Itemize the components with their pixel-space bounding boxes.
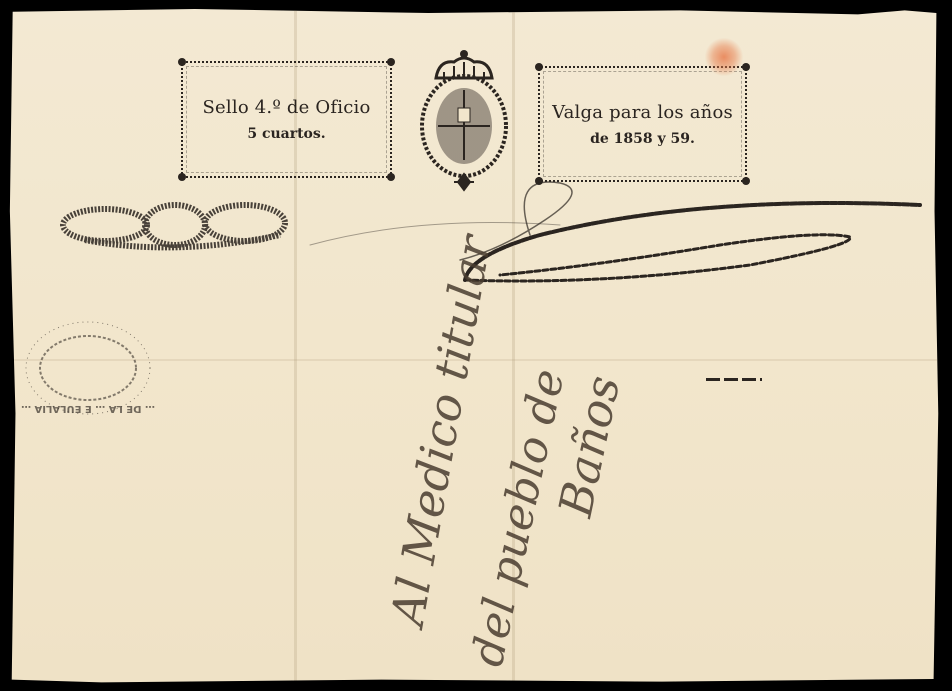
corner-ornament-icon	[178, 173, 186, 181]
red-wax-stain	[704, 38, 744, 76]
postmark-text: … DE LA … E EULALIA …	[21, 403, 155, 414]
stamp-title: Sello 4.º de Oficio	[203, 97, 371, 118]
ink-dash-mark	[706, 378, 762, 381]
corner-ornament-icon	[535, 63, 543, 71]
oval-postmark-icon: … DE LA … E EULALIA …	[18, 318, 158, 428]
ink-scribble-blot-icon	[55, 195, 295, 260]
validity-title: Valga para los años	[552, 102, 733, 123]
stamp-price: 5 cuartos.	[247, 126, 325, 142]
rubrica-flourish-icon	[300, 175, 940, 295]
stamp-box-validity: Valga para los años de 1858 y 59.	[538, 66, 747, 182]
corner-ornament-icon	[387, 58, 395, 66]
royal-coat-of-arms-icon	[414, 48, 514, 196]
validity-years: de 1858 y 59.	[590, 131, 695, 147]
corner-ornament-icon	[178, 58, 186, 66]
stamp-box-sello: Sello 4.º de Oficio 5 cuartos.	[181, 61, 392, 178]
